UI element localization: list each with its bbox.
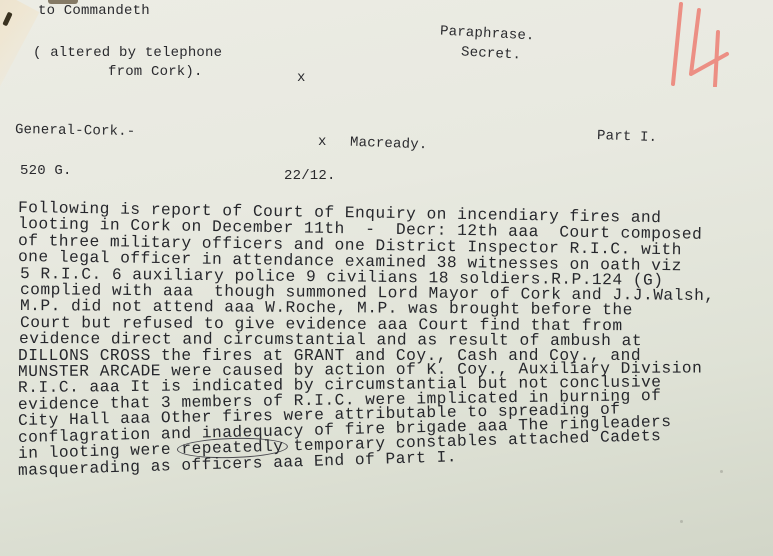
paraphrase-label: Paraphrase. [440,24,535,45]
altered-note-line1: ( altered by telephone [33,45,222,61]
message-date: 22/12. [284,168,336,184]
classification-label: Secret. [461,44,522,63]
from-line: General-Cork.- [15,122,136,140]
altered-note-line2: from Cork). [108,64,203,80]
document-page: to Commandeth ( altered by telephone fro… [0,0,773,556]
reference-number: 520 G. [20,163,72,179]
addressee-line: to Commandeth [38,3,150,19]
folded-paper-edge [0,0,39,189]
report-body: Following is report of Court of Enquiry … [18,200,773,479]
handwritten-page-number [665,2,745,87]
signatory: Macready. [350,135,428,154]
part-label: Part I. [597,128,658,146]
paper-speck [720,470,723,473]
mark-x: x [297,70,306,86]
mark-x-2: x [318,134,327,150]
paper-speck [680,520,683,523]
